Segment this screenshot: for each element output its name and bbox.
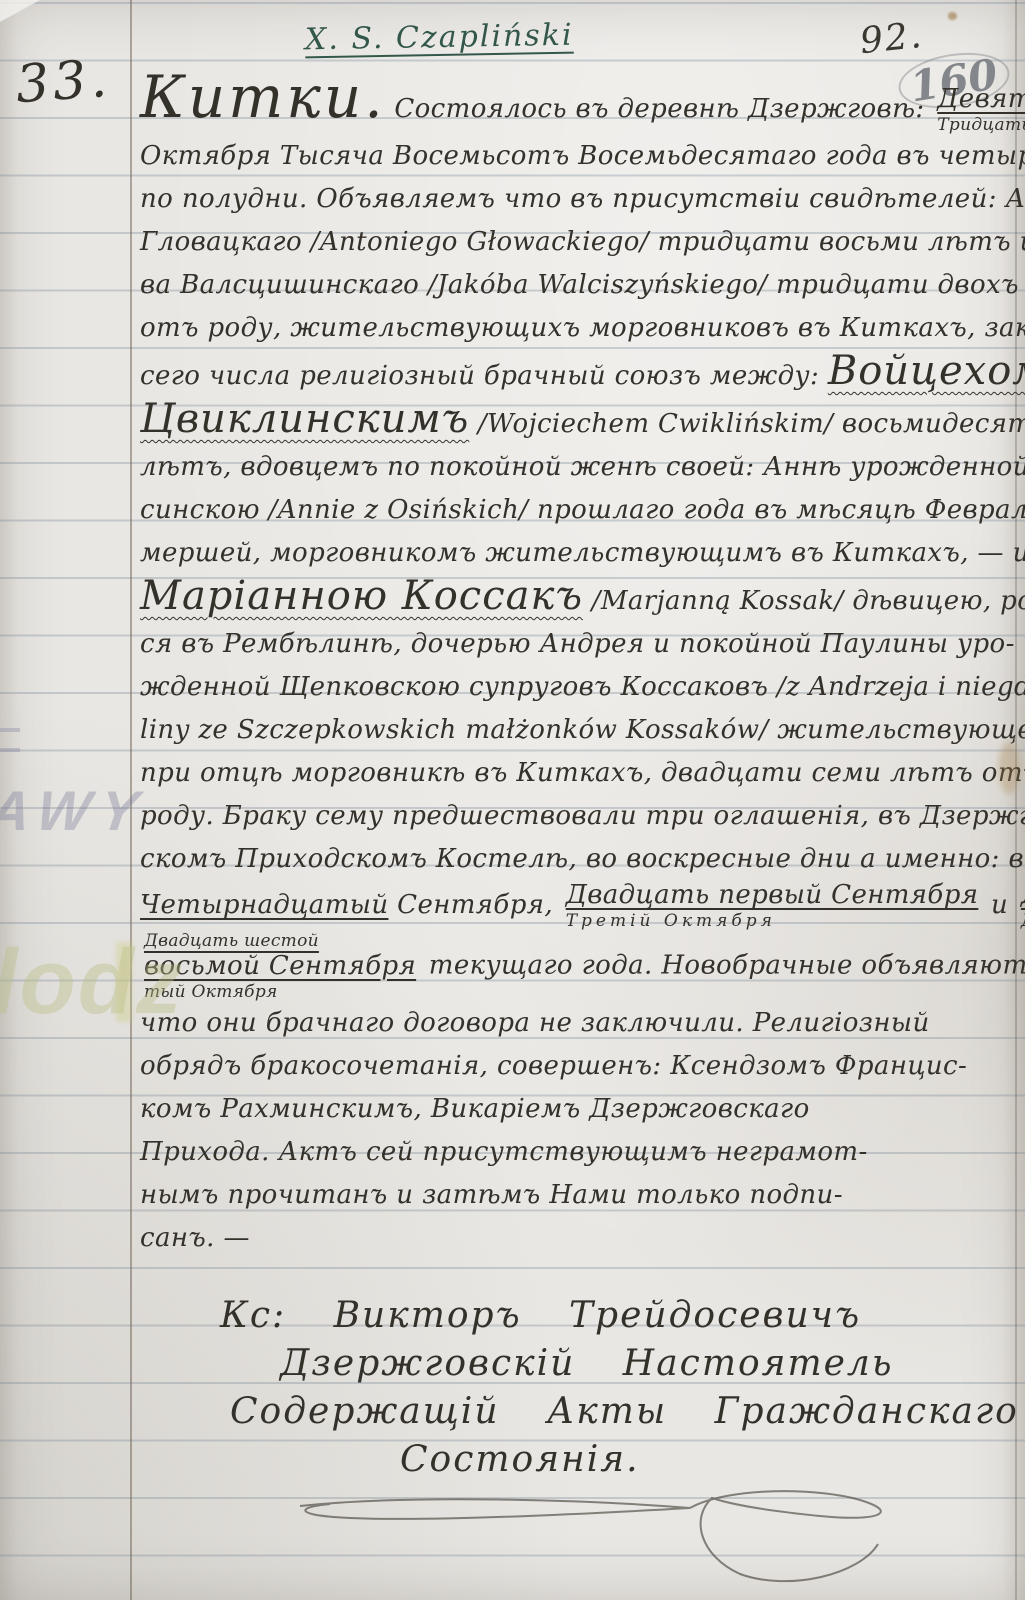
manuscript-line: скомъ Приходскомъ Костелѣ, во воскресные…	[140, 838, 1016, 881]
watermark-text: AWY	[0, 778, 152, 843]
manuscript-line: ва Валсцишинскаго /Jakóba Walciszyńskieg…	[140, 264, 1016, 307]
handwritten-text: Цвиклинскимъ	[140, 396, 469, 442]
handwritten-text: Войцехомъ	[828, 348, 1025, 394]
manuscript-line: Двадцать шестойвосьмой Сентябрятый Октяб…	[140, 931, 1016, 1002]
handwritten-text: по полудни. Объявляемъ что въ присутстві…	[140, 184, 1025, 214]
handwritten-text: тый Октября	[144, 982, 416, 1002]
manuscript-line: Прихода. Актъ сей присутствующимъ неграм…	[140, 1131, 1016, 1174]
handwritten-text: Четырнадцатый	[140, 890, 388, 920]
handwritten-text: Двадцать-	[1021, 881, 1025, 911]
handwritten-text: Двадцать шестой	[144, 931, 416, 951]
watermark-text-lodz: lodz	[0, 930, 184, 1035]
pen-flourish	[260, 1478, 920, 1588]
manuscript-line: ся въ Рембѣлинѣ, дочерью Андрея и покойн…	[140, 623, 1016, 666]
interlinear-correction: Двадцать первый СентябряТретій Октября	[566, 881, 979, 931]
manuscript-line: мершей, морговникомъ жительствующимъ въ …	[140, 532, 1016, 575]
signature-line: Содержащій Акты Гражданскаго	[230, 1388, 970, 1436]
handwritten-text: Деся-	[1021, 911, 1025, 931]
handwritten-text: и	[982, 890, 1016, 920]
page-number-ink: 92.	[858, 15, 925, 62]
handwritten-text: мершей, морговникомъ жительствующимъ въ …	[140, 538, 1025, 568]
manuscript-line: liny ze Szczepkowskich małżonków Kossakó…	[140, 709, 1016, 752]
manuscript-line: Цвиклинскимъ /Wojciechem Cwiklińskim/ во…	[140, 398, 1016, 446]
handwritten-text: Октября Тысяча Восемьсотъ Восемьдесятаго…	[140, 141, 1025, 171]
yellow-streak	[116, 942, 132, 1022]
interlinear-correction: Двадцать-Деся-	[1021, 881, 1025, 931]
handwritten-text: Состоялось въ деревнѣ Дзержговѣ:	[386, 94, 934, 124]
manuscript-line: нымъ прочитанъ и затѣмъ Нами только подп…	[140, 1174, 1016, 1217]
manuscript-line: что они брачнаго договора не заключили. …	[140, 1002, 1016, 1045]
handwritten-text: Прихода. Актъ сей присутствующимъ неграм…	[140, 1137, 868, 1167]
handwritten-text: ва Валсцишинскаго /Jakóba Walciszyńskieg…	[140, 270, 1025, 300]
handwritten-text: Маріанною Коссакъ	[140, 573, 583, 619]
manuscript-line: Гловацкаго /Antoniego Głowackiego/ тридц…	[140, 221, 1016, 264]
corner-fold	[0, 0, 40, 22]
handwritten-text: Сентября,	[388, 890, 561, 920]
handwritten-text: отъ роду, жительствующихъ морговниковъ в…	[140, 313, 1025, 343]
manuscript-line: при отцѣ морговникѣ въ Киткахъ, двадцати…	[140, 752, 1016, 795]
handwritten-text: комъ Рахминскимъ, Викаріемъ Дзержговскаг…	[140, 1094, 810, 1124]
handwritten-text: текущаго года. Новобрачные объявляютъ	[420, 951, 1025, 981]
signature-line: Состоянія.	[400, 1436, 970, 1484]
register-page-scan: X. S. Czapliński 92. 160 33. Китки. Сост…	[0, 0, 1025, 1600]
manuscript-line: Китки. Состоялось въ деревнѣ Дзержговѣ: …	[140, 62, 1016, 135]
handwritten-text: жденной Щепковскою супруговъ Коссаковъ /…	[140, 672, 1025, 702]
watermark-bars	[0, 728, 20, 752]
paper-stain	[998, 742, 1020, 794]
handwritten-text: /Wojciechem Cwiklińskim/ восьмидесяти тр…	[469, 409, 1025, 439]
manuscript-line: Октября Тысяча Восемьсотъ Восемьдесятаго…	[140, 135, 1016, 178]
handwritten-text: нымъ прочитанъ и затѣмъ Нами только подп…	[140, 1180, 843, 1210]
handwritten-text: Китки.	[140, 63, 386, 131]
handwritten-text: синскою /Annie z Osińskich/ прошлаго год…	[140, 495, 1025, 525]
manuscript-line: отъ роду, жительствующихъ морговниковъ в…	[140, 307, 1016, 350]
manuscript-line: сего числа религіозный брачный союзъ меж…	[140, 350, 1016, 398]
handwritten-text: liny ze Szczepkowskich małżonków Kossakó…	[140, 715, 1025, 745]
handwritten-text: Тридцать перваго	[937, 115, 1025, 135]
ink-stain	[948, 12, 957, 20]
manuscript-line: комъ Рахминскимъ, Викаріемъ Дзержговскаг…	[140, 1088, 1016, 1131]
signature-block: Кс: Викторъ Трейдосевичъ Дзержговскій На…	[150, 1292, 970, 1484]
handwritten-text: Двадцать первый Сентября	[566, 881, 979, 911]
manuscript-line: жденной Щепковскою супруговъ Коссаковъ /…	[140, 666, 1016, 709]
handwritten-text: Третій Октября	[566, 911, 979, 931]
priest-name-annotation: X. S. Czapliński	[305, 18, 574, 58]
handwritten-text: сего числа религіозный брачный союзъ меж…	[140, 361, 828, 391]
manuscript-line: Четырнадцатый Сентября, Двадцать первый …	[140, 881, 1016, 931]
handwritten-text: лѣтъ, вдовцемъ по покойной женѣ своей: А…	[140, 452, 1025, 482]
handwritten-text: при отцѣ морговникѣ въ Киткахъ, двадцати…	[140, 758, 1025, 788]
handwritten-text: скомъ Приходскомъ Костелѣ, во воскресные…	[140, 844, 1025, 874]
handwritten-text: восьмой Сентября	[144, 952, 416, 982]
entry-number: 33.	[14, 49, 113, 115]
handwritten-text: Девятнадцатаго	[937, 85, 1025, 115]
manuscript-line: по полудни. Объявляемъ что въ присутстві…	[140, 178, 1016, 221]
manuscript-body: Китки. Состоялось въ деревнѣ Дзержговѣ: …	[140, 62, 1016, 1260]
handwritten-text: Гловацкаго /Antoniego Głowackiego/ тридц…	[140, 227, 1025, 257]
manuscript-line: синскою /Annie z Osińskich/ прошлаго год…	[140, 489, 1016, 532]
manuscript-line: роду. Браку сему предшествовали три огла…	[140, 795, 1016, 838]
signature-line: Дзержговскій Настоятель	[280, 1340, 970, 1388]
manuscript-line: лѣтъ, вдовцемъ по покойной женѣ своей: А…	[140, 446, 1016, 489]
handwritten-text: ся въ Рембѣлинѣ, дочерью Андрея и покойн…	[140, 629, 1015, 659]
handwritten-text: санъ. —	[140, 1223, 250, 1253]
handwritten-text: роду. Браку сему предшествовали три огла…	[140, 801, 1025, 831]
interlinear-correction: Двадцать шестойвосьмой Сентябрятый Октяб…	[144, 931, 416, 1002]
manuscript-line: санъ. —	[140, 1217, 1016, 1260]
interlinear-correction: ДевятнадцатагоТридцать перваго	[937, 85, 1025, 135]
manuscript-line: обрядъ бракосочетанія, совершенъ: Ксендз…	[140, 1045, 1016, 1088]
manuscript-line: Маріанною Коссакъ /Marjanną Kossak/ дѣви…	[140, 575, 1016, 623]
signature-line: Кс: Викторъ Трейдосевичъ	[220, 1292, 970, 1340]
handwritten-text: обрядъ бракосочетанія, совершенъ: Ксендз…	[140, 1051, 967, 1081]
handwritten-text: /Marjanną Kossak/ дѣвицею, родившей-	[583, 586, 1025, 616]
handwritten-text: что они брачнаго договора не заключили. …	[140, 1008, 930, 1038]
